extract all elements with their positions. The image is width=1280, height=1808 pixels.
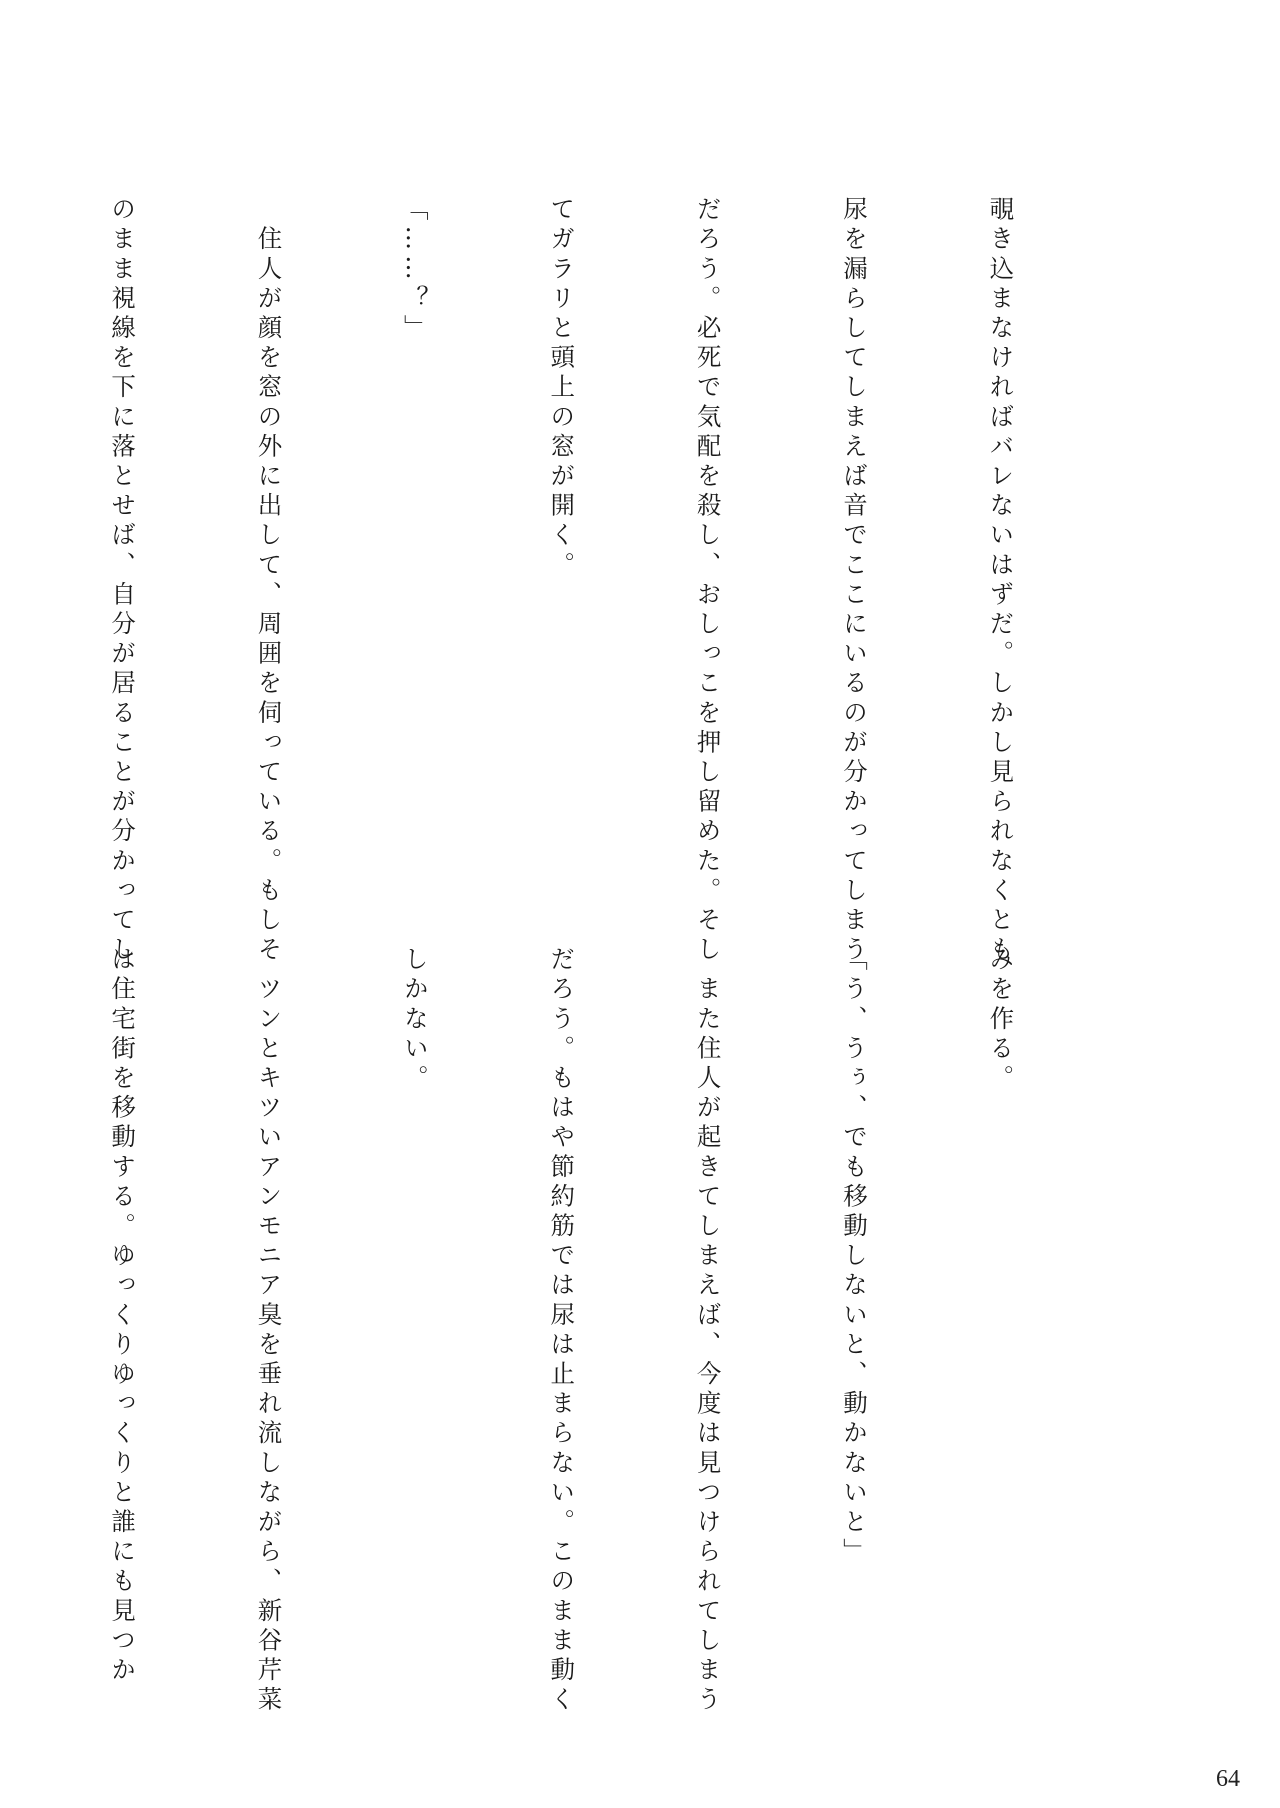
book-page: 覗き込まなければバレないはずだ。しかし見られなくとも 尿を漏らしてしまえば音でこ…: [0, 0, 1280, 1808]
text-line: 住人が顔を窓の外に出して、周囲を伺っている。もしそ: [244, 196, 293, 886]
dialogue-line: 「う、うぅ、でも移動しないと、動かないと」: [829, 946, 878, 1636]
text-line: また住人が起きてしまえば、今度は見つけられてしまう: [683, 946, 732, 1636]
text-line: だろう。もはや節約筋では尿は止まらない。このまま動く: [536, 946, 585, 1636]
text-line: しかない。: [390, 946, 439, 1636]
text-line: は住宅街を移動する。ゆっくりゆっくりと誰にも見つか: [97, 946, 146, 1636]
page-number: 64: [1216, 1766, 1240, 1793]
text-line: 尿を漏らしてしまえば音でここにいるのが分かってしまう: [829, 196, 878, 886]
dialogue-line: 「……？」: [390, 196, 439, 886]
text-block-upper: 覗き込まなければバレないはずだ。しかし見られなくとも 尿を漏らしてしまえば音でこ…: [182, 196, 1122, 886]
text-block-lower: みを作る。 「う、うぅ、でも移動しないと、動かないと」 また住人が起きてしまえば…: [182, 946, 1122, 1636]
text-line: 覗き込まなければバレないはずだ。しかし見られなくとも: [976, 196, 1025, 886]
text-line: みを作る。: [976, 946, 1025, 1636]
text-line: だろう。必死で気配を殺し、おしっこを押し留めた。そし: [683, 196, 732, 886]
text-line: てガラリと頭上の窓が開く。: [536, 196, 585, 886]
text-line: ツンとキツいアンモニア臭を垂れ流しながら、新谷芹菜: [244, 946, 293, 1636]
text-line: のまま視線を下に落とせば、自分が居ることが分かってし: [97, 196, 146, 886]
